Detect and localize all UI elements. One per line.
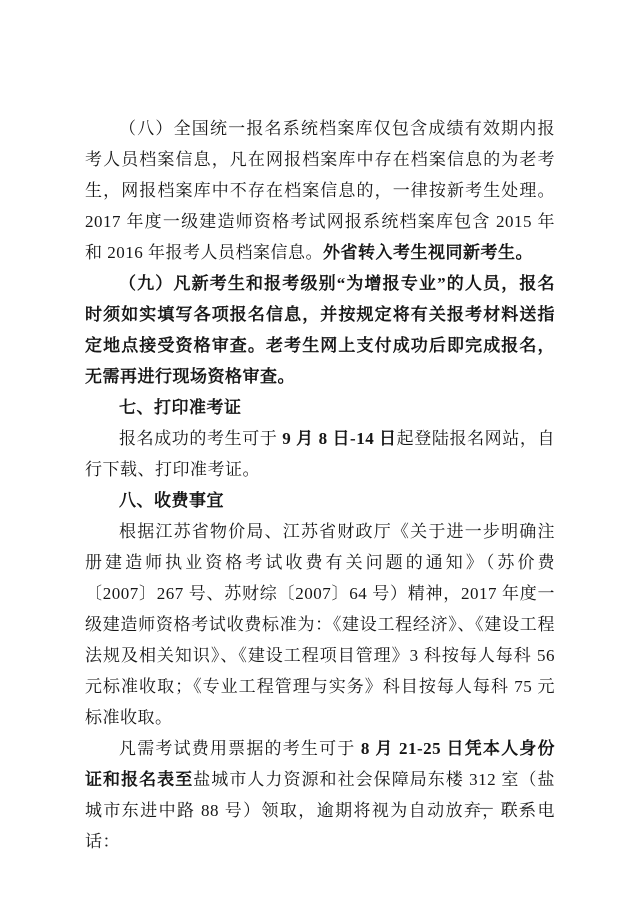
paragraph: （九）凡新考生和报考级别“为增报专业”的人员，报名时须如实填写各项报名信息，并按… xyxy=(85,268,555,392)
paragraph: （八）全国统一报名系统档案库仅包含成绩有效期内报考人员档案信息，凡在网报档案库中… xyxy=(85,113,555,268)
document-body: （八）全国统一报名系统档案库仅包含成绩有效期内报考人员档案信息，凡在网报档案库中… xyxy=(85,113,555,857)
text-run-bold: （九）凡新考生和报考级别“为增报专业”的人员，报名时须如实填写各项报名信息，并按… xyxy=(85,274,555,386)
section-heading: 八、收费事宜 xyxy=(85,485,555,516)
text-run-bold: 外省转入考生视同新考生。 xyxy=(323,243,533,262)
text-run: 根据江苏省物价局、江苏省财政厅《关于进一步明确注册建造师执业资格考试收费有关问题… xyxy=(85,522,555,727)
paragraph: 根据江苏省物价局、江苏省财政厅《关于进一步明确注册建造师执业资格考试收费有关问题… xyxy=(85,516,555,733)
page-number: — 7 — xyxy=(479,800,536,817)
paragraph: 报名成功的考生可于 9 月 8 日-14 日起登陆报名网站，自行下载、打印准考证… xyxy=(85,423,555,485)
text-run-bold: 七、打印准考证 xyxy=(119,398,242,417)
section-heading: 七、打印准考证 xyxy=(85,392,555,423)
text-run: （八）全国统一报名系统档案库仅包含成绩有效期内报考人员档案信息，凡在网报档案库中… xyxy=(85,119,555,262)
document-page: （八）全国统一报名系统档案库仅包含成绩有效期内报考人员档案信息，凡在网报档案库中… xyxy=(0,0,636,900)
text-run: 凡需考试费用票据的考生可于 xyxy=(119,739,361,758)
text-run-bold: 八、收费事宜 xyxy=(119,491,224,510)
paragraph: 凡需考试费用票据的考生可于 8 月 21-25 日凭本人身份证和报名表至盐城市人… xyxy=(85,733,555,857)
text-run: 报名成功的考生可于 xyxy=(119,429,282,448)
text-run-bold: 9 月 8 日-14 日 xyxy=(282,429,396,448)
